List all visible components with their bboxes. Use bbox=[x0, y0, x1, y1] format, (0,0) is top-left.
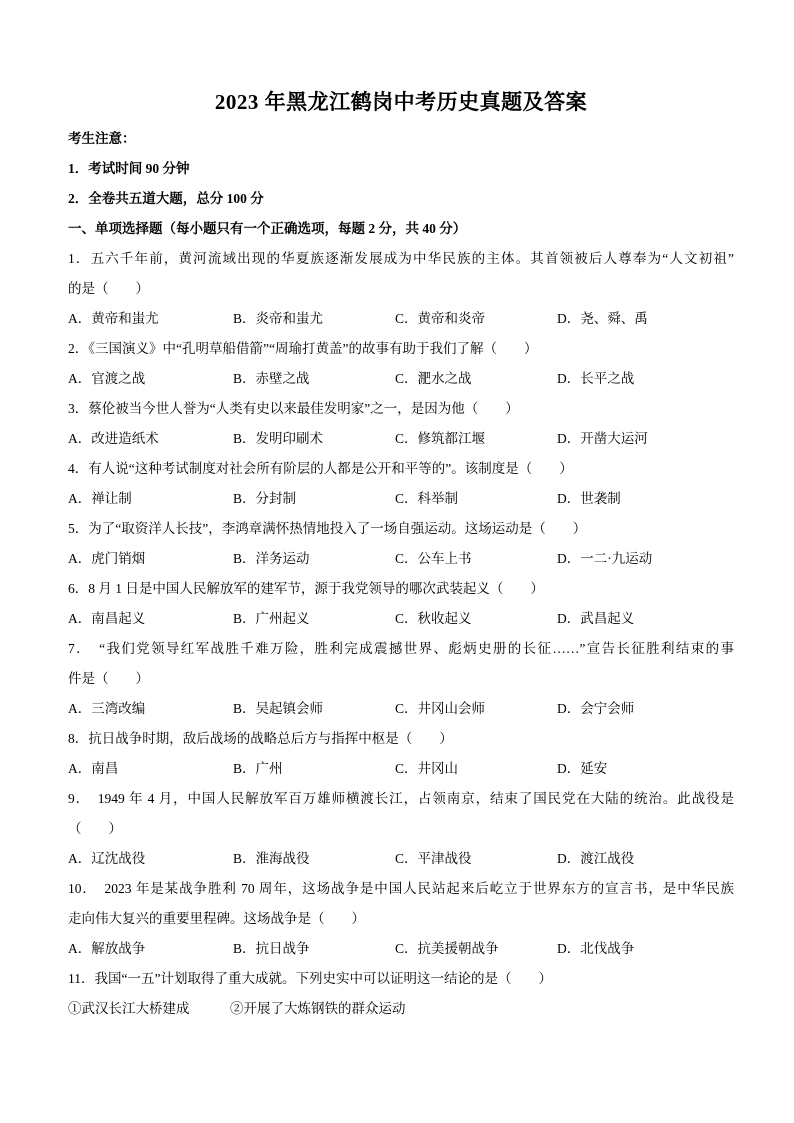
question-line: 4．有人说“这种考试制度对社会所有阶层的人都是公开和平等的”。该制度是（ ） bbox=[68, 454, 734, 484]
question-line: 10． 2023 年是某战争胜利 70 周年，这场战争是中国人民站起来后屹立于世… bbox=[68, 874, 734, 904]
options-row: A．南昌B．广州C．井冈山D．延安 bbox=[68, 754, 734, 784]
option-item: B．淮海战役 bbox=[233, 844, 395, 874]
option-item: D．北伐战争 bbox=[557, 934, 734, 964]
notice-item: 1．考试时间 90 分钟 bbox=[68, 154, 734, 184]
option-item: C．井冈山会师 bbox=[395, 694, 557, 724]
notice-list: 1．考试时间 90 分钟2．全卷共五道大题，总分 100 分 bbox=[68, 154, 734, 214]
option-item: D．武昌起义 bbox=[557, 604, 734, 634]
question-line: 3．蔡伦被当今世人誉为“人类有史以来最佳发明家”之一，是因为他（ ） bbox=[68, 394, 734, 424]
question-line: 1．五六千年前，黄河流域出现的华夏族逐渐发展成为中华民族的主体。其首领被后人尊奉… bbox=[68, 244, 734, 274]
option-item: A．解放战争 bbox=[68, 934, 233, 964]
option-item: D．世袭制 bbox=[557, 484, 734, 514]
question-line: （ ） bbox=[68, 814, 734, 844]
section-heading: 一、单项选择题（每小题只有一个正确选项，每题 2 分，共 40 分） bbox=[68, 214, 734, 244]
option-item: D．延安 bbox=[557, 754, 734, 784]
option-item: B．抗日战争 bbox=[233, 934, 395, 964]
question-line: 8．抗日战争时期，敌后战场的战略总后方与指挥中枢是（ ） bbox=[68, 724, 734, 754]
question-block: 6．8 月 1 日是中国人民解放军的建军节，源于我党领导的哪次武装起义（ ）A．… bbox=[68, 574, 734, 634]
option-item: A．禅让制 bbox=[68, 484, 233, 514]
question-block: 5．为了“取资洋人长技”，李鸿章满怀热情地投入了一场自强运动。这场运动是（ ）A… bbox=[68, 514, 734, 574]
option-item: B．赤壁之战 bbox=[233, 364, 395, 394]
question-line: 的是（ ） bbox=[68, 274, 734, 304]
option-item: B．分封制 bbox=[233, 484, 395, 514]
notice-heading: 考生注意： bbox=[68, 124, 734, 154]
option-item: B．洋务运动 bbox=[233, 544, 395, 574]
option-item: C．修筑都江堰 bbox=[395, 424, 557, 454]
page-title: 2023 年黑龙江鹤岗中考历史真题及答案 bbox=[68, 86, 734, 118]
option-item: B．炎帝和蚩尤 bbox=[233, 304, 395, 334]
option-item: B．发明印刷术 bbox=[233, 424, 395, 454]
option-item: C．井冈山 bbox=[395, 754, 557, 784]
option-item: B．吴起镇会师 bbox=[233, 694, 395, 724]
question-block: 10． 2023 年是某战争胜利 70 周年，这场战争是中国人民站起来后屹立于世… bbox=[68, 874, 734, 964]
question-subitems: ①武汉长江大桥建成 ②开展了大炼钢铁的群众运动 bbox=[68, 994, 734, 1024]
options-row: A．辽沈战役B．淮海战役C．平津战役D．渡江战役 bbox=[68, 844, 734, 874]
option-item: D．会宁会师 bbox=[557, 694, 734, 724]
option-item: A．官渡之战 bbox=[68, 364, 233, 394]
document-page: 2023 年黑龙江鹤岗中考历史真题及答案 考生注意： 1．考试时间 90 分钟2… bbox=[0, 0, 794, 1123]
option-item: B．广州 bbox=[233, 754, 395, 784]
options-row: A．禅让制B．分封制C．科举制D．世袭制 bbox=[68, 484, 734, 514]
option-item: D．渡江战役 bbox=[557, 844, 734, 874]
option-item: B．广州起义 bbox=[233, 604, 395, 634]
option-item: D．尧、舜、禹 bbox=[557, 304, 734, 334]
question-line: 2．《三国演义》中“孔明草船借箭”“周瑜打黄盖”的故事有助于我们了解（ ） bbox=[68, 334, 734, 364]
question-block: 7． “我们党领导红军战胜千难万险，胜利完成震撼世界、彪炳史册的长征……”宣告长… bbox=[68, 634, 734, 724]
option-item: A．黄帝和蚩尤 bbox=[68, 304, 233, 334]
options-row: A．改进造纸术B．发明印刷术C．修筑都江堰D．开凿大运河 bbox=[68, 424, 734, 454]
question-block: 9． 1949 年 4 月，中国人民解放军百万雄师横渡长江，占领南京，结束了国民… bbox=[68, 784, 734, 874]
question-block: 8．抗日战争时期，敌后战场的战略总后方与指挥中枢是（ ）A．南昌B．广州C．井冈… bbox=[68, 724, 734, 784]
option-item: A．虎门销烟 bbox=[68, 544, 233, 574]
option-item: C．秋收起义 bbox=[395, 604, 557, 634]
question-block: 1．五六千年前，黄河流域出现的华夏族逐渐发展成为中华民族的主体。其首领被后人尊奉… bbox=[68, 244, 734, 334]
question-line: 7． “我们党领导红军战胜千难万险，胜利完成震撼世界、彪炳史册的长征……”宣告长… bbox=[68, 634, 734, 664]
question-line: 11．我国“一五”计划取得了重大成就。下列史实中可以证明这一结论的是（ ） bbox=[68, 964, 734, 994]
question-block: 4．有人说“这种考试制度对社会所有阶层的人都是公开和平等的”。该制度是（ ）A．… bbox=[68, 454, 734, 514]
options-row: A．三湾改编B．吴起镇会师C．井冈山会师D．会宁会师 bbox=[68, 694, 734, 724]
options-row: A．解放战争B．抗日战争C．抗美援朝战争D．北伐战争 bbox=[68, 934, 734, 964]
questions-container: 1．五六千年前，黄河流域出现的华夏族逐渐发展成为中华民族的主体。其首领被后人尊奉… bbox=[68, 244, 734, 1024]
option-item: A．辽沈战役 bbox=[68, 844, 233, 874]
option-item: C．科举制 bbox=[395, 484, 557, 514]
options-row: A．虎门销烟B．洋务运动C．公车上书D．一二·九运动 bbox=[68, 544, 734, 574]
question-line: 5．为了“取资洋人长技”，李鸿章满怀热情地投入了一场自强运动。这场运动是（ ） bbox=[68, 514, 734, 544]
question-block: 11．我国“一五”计划取得了重大成就。下列史实中可以证明这一结论的是（ ）①武汉… bbox=[68, 964, 734, 1024]
option-item: C．公车上书 bbox=[395, 544, 557, 574]
option-item: C．淝水之战 bbox=[395, 364, 557, 394]
question-block: 3．蔡伦被当今世人誉为“人类有史以来最佳发明家”之一，是因为他（ ）A．改进造纸… bbox=[68, 394, 734, 454]
question-line: 6．8 月 1 日是中国人民解放军的建军节，源于我党领导的哪次武装起义（ ） bbox=[68, 574, 734, 604]
option-item: A．南昌起义 bbox=[68, 604, 233, 634]
option-item: D．一二·九运动 bbox=[557, 544, 734, 574]
option-item: D．开凿大运河 bbox=[557, 424, 734, 454]
options-row: A．黄帝和蚩尤B．炎帝和蚩尤C．黄帝和炎帝D．尧、舜、禹 bbox=[68, 304, 734, 334]
options-row: A．官渡之战B．赤壁之战C．淝水之战D．长平之战 bbox=[68, 364, 734, 394]
option-item: A．南昌 bbox=[68, 754, 233, 784]
question-line: 件是（ ） bbox=[68, 664, 734, 694]
option-item: C．抗美援朝战争 bbox=[395, 934, 557, 964]
option-item: C．平津战役 bbox=[395, 844, 557, 874]
notice-item: 2．全卷共五道大题，总分 100 分 bbox=[68, 184, 734, 214]
question-line: 9． 1949 年 4 月，中国人民解放军百万雄师横渡长江，占领南京，结束了国民… bbox=[68, 784, 734, 814]
option-item: C．黄帝和炎帝 bbox=[395, 304, 557, 334]
option-item: A．改进造纸术 bbox=[68, 424, 233, 454]
option-item: D．长平之战 bbox=[557, 364, 734, 394]
options-row: A．南昌起义B．广州起义C．秋收起义D．武昌起义 bbox=[68, 604, 734, 634]
option-item: A．三湾改编 bbox=[68, 694, 233, 724]
question-line: 走向伟大复兴的重要里程碑。这场战争是（ ） bbox=[68, 904, 734, 934]
question-block: 2．《三国演义》中“孔明草船借箭”“周瑜打黄盖”的故事有助于我们了解（ ）A．官… bbox=[68, 334, 734, 394]
